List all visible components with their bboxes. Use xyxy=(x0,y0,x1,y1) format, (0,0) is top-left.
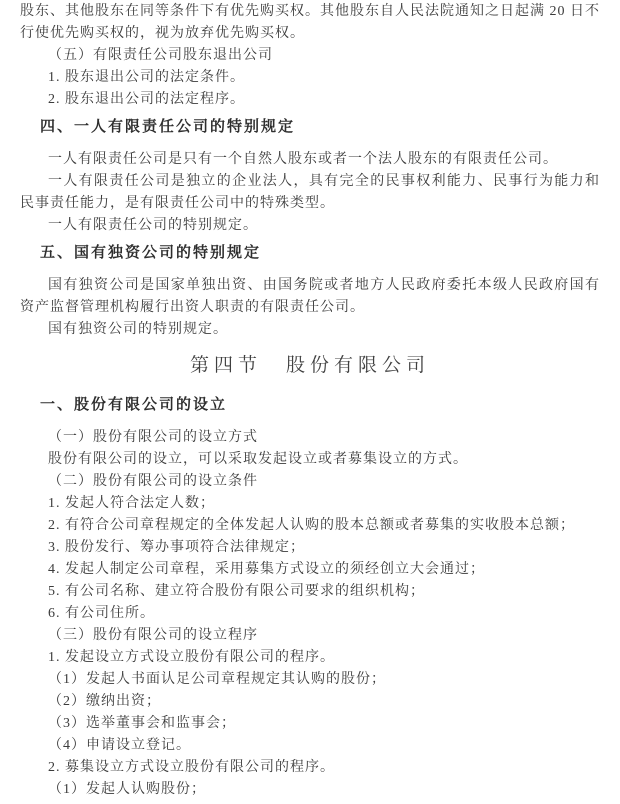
paragraph: 股份有限公司的设立，可以采取发起设立或者募集设立的方式。 xyxy=(20,449,600,471)
list-item: （1）发起人书面认足公司章程规定其认购的股份； xyxy=(20,669,600,691)
list-item: （2）缴纳出资； xyxy=(20,691,600,713)
page: 股东、其他股东在同等条件下有优先购买权。其他股东自人民法院通知之日起满 20 日… xyxy=(0,0,620,804)
list-item: （三）股份有限公司的设立程序 xyxy=(20,625,600,647)
section-heading: 一、股份有限公司的设立 xyxy=(20,394,600,416)
list-item: （3）选举董事会和监事会； xyxy=(20,713,600,735)
paragraph-continued: 股东、其他股东在同等条件下有优先购买权。其他股东自人民法院通知之日起满 20 日… xyxy=(20,1,600,45)
list-item: 3. 股份发行、筹办事项符合法律规定； xyxy=(20,537,600,559)
section-heading: 四、一人有限责任公司的特别规定 xyxy=(20,116,600,138)
paragraph: 一人有限责任公司的特别规定。 xyxy=(20,215,600,237)
list-item: 1. 发起人符合法定人数； xyxy=(20,493,600,515)
list-item: 2. 股东退出公司的法定程序。 xyxy=(20,89,600,111)
list-item: 5. 有公司名称、建立符合股份有限公司要求的组织机构； xyxy=(20,581,600,603)
paragraph: 一人有限责任公司是独立的企业法人，具有完全的民事权利能力、民事行为能力和民事责任… xyxy=(20,171,600,215)
paragraph: 一人有限责任公司是只有一个自然人股东或者一个法人股东的有限责任公司。 xyxy=(20,149,600,171)
list-item: （五）有限责任公司股东退出公司 xyxy=(20,45,600,67)
list-item: 2. 募集设立方式设立股份有限公司的程序。 xyxy=(20,757,600,779)
chapter-section-title: 第四节 股份有限公司 xyxy=(20,351,600,381)
list-item: 1. 股东退出公司的法定条件。 xyxy=(20,67,600,89)
paragraph: 国有独资公司是国家单独出资、由国务院或者地方人民政府委托本级人民政府国有资产监督… xyxy=(20,275,600,319)
list-item: 6. 有公司住所。 xyxy=(20,603,600,625)
section-heading: 五、国有独资公司的特别规定 xyxy=(20,242,600,264)
list-item: 1. 发起设立方式设立股份有限公司的程序。 xyxy=(20,647,600,669)
list-item: （4）申请设立登记。 xyxy=(20,735,600,757)
paragraph: 国有独资公司的特别规定。 xyxy=(20,319,600,341)
list-item: 4. 发起人制定公司章程，采用募集方式设立的须经创立大会通过； xyxy=(20,559,600,581)
list-item: （二）股份有限公司的设立条件 xyxy=(20,471,600,493)
list-item: （一）股份有限公司的设立方式 xyxy=(20,427,600,449)
list-item: 2. 有符合公司章程规定的全体发起人认购的股本总额或者募集的实收股本总额； xyxy=(20,515,600,537)
list-item: （1）发起人认购股份； xyxy=(20,779,600,801)
